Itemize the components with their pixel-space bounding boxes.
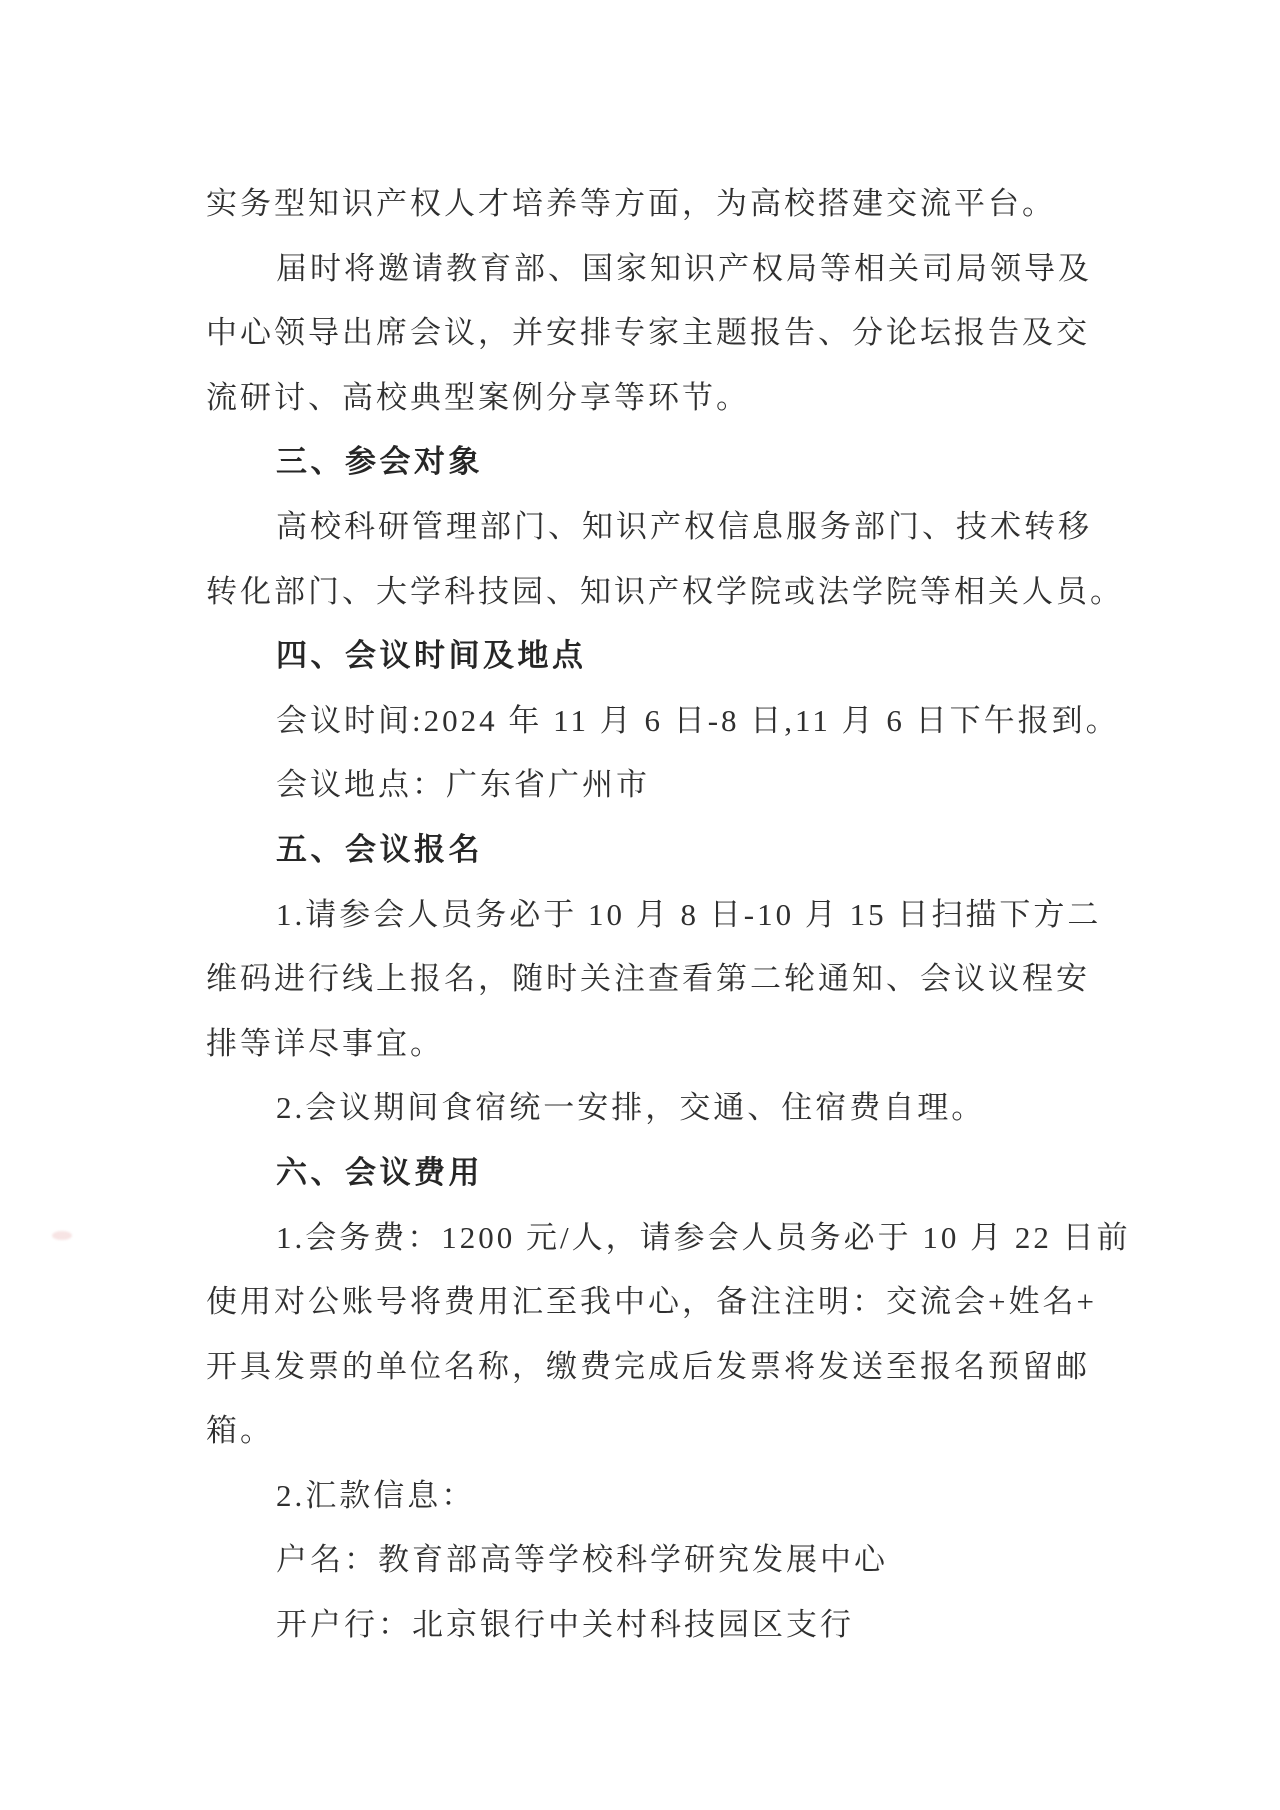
heading-time-location: 四、会议时间及地点 <box>206 624 1280 689</box>
heading-fees: 六、会议费用 <box>206 1141 1280 1206</box>
remittance-info-line: 2.汇款信息： <box>206 1464 1280 1529</box>
paragraph-line: 转化部门、大学科技园、知识产权学院或法学院等相关人员。 <box>206 560 1280 625</box>
paragraph-line: 高校科研管理部门、知识产权信息服务部门、技术转移 <box>206 495 1280 560</box>
scan-artifact <box>52 1231 72 1240</box>
paragraph-line: 排等详尽事宜。 <box>206 1012 1280 1077</box>
account-name-line: 户名：教育部高等学校科学研究发展中心 <box>206 1528 1280 1593</box>
paragraph-line: 中心领导出席会议，并安排专家主题报告、分论坛报告及交 <box>206 301 1280 366</box>
heading-registration: 五、会议报名 <box>206 818 1280 883</box>
paragraph-line: 开具发票的单位名称，缴费完成后发票将发送至报名预留邮 <box>206 1335 1280 1400</box>
paragraph-line: 箱。 <box>206 1399 1280 1464</box>
heading-attendees: 三、参会对象 <box>206 430 1280 495</box>
document-page: 实务型知识产权人才培养等方面，为高校搭建交流平台。 届时将邀请教育部、国家知识产… <box>0 0 1280 1810</box>
bank-branch-line: 开户行：北京银行中关村科技园区支行 <box>206 1593 1280 1658</box>
fee-amount-line: 1.会务费：1200 元/人，请参会人员务必于 10 月 22 日前 <box>206 1206 1280 1271</box>
paragraph-line: 2.会议期间食宿统一安排，交通、住宿费自理。 <box>206 1076 1280 1141</box>
paragraph-line: 维码进行线上报名，随时关注查看第二轮通知、会议议程安 <box>206 947 1280 1012</box>
paragraph-line: 流研讨、高校典型案例分享等环节。 <box>206 366 1280 431</box>
meeting-time-line: 会议时间:2024 年 11 月 6 日-8 日,11 月 6 日下午报到。 <box>206 689 1280 754</box>
paragraph-line: 届时将邀请教育部、国家知识产权局等相关司局领导及 <box>206 237 1280 302</box>
paragraph-line: 实务型知识产权人才培养等方面，为高校搭建交流平台。 <box>206 172 1280 237</box>
meeting-location-line: 会议地点：广东省广州市 <box>206 753 1280 818</box>
paragraph-line: 1.请参会人员务必于 10 月 8 日-10 月 15 日扫描下方二 <box>206 883 1280 948</box>
paragraph-line: 使用对公账号将费用汇至我中心，备注注明：交流会+姓名+ <box>206 1270 1280 1335</box>
